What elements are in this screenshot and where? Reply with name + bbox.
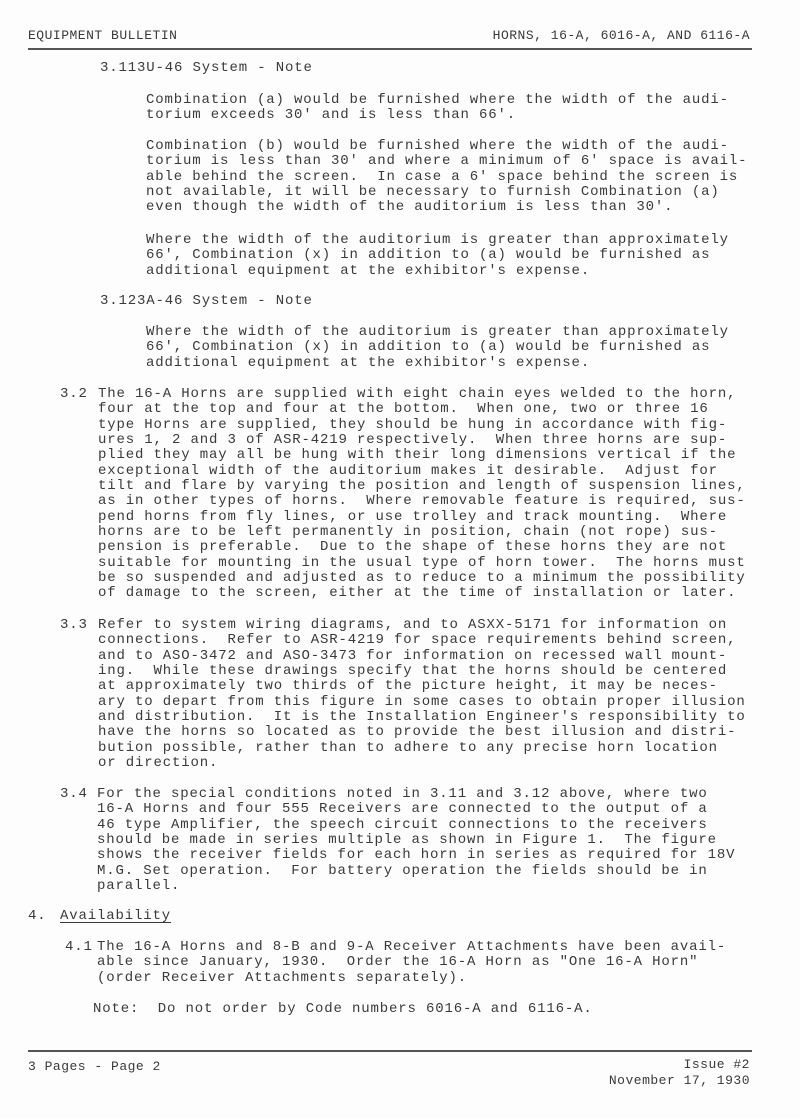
order-note: Note: Do not order by Code numbers 6016-… bbox=[93, 1002, 593, 1017]
section-number-4: 4. bbox=[28, 909, 47, 924]
bulletin-subject: HORNS, 16-A, 6016-A, AND 6116-A bbox=[493, 28, 750, 43]
paragraph-3-4: For the special conditions noted in 3.11… bbox=[97, 787, 735, 894]
bulletin-title: EQUIPMENT BULLETIN bbox=[28, 28, 177, 43]
section-number-3-3: 3.3 bbox=[60, 618, 88, 633]
section-number-3-4: 3.4 bbox=[60, 787, 88, 802]
section-title-3-12: 3A-46 System - Note bbox=[137, 294, 313, 309]
paragraph-3-11-b: Combination (b) would be furnished where… bbox=[146, 139, 747, 216]
paragraph-3-3: Refer to system wiring diagrams, and to … bbox=[98, 618, 746, 771]
page-count: 3 Pages - Page 2 bbox=[28, 1059, 161, 1074]
section-title-availability: Availability bbox=[60, 909, 171, 924]
section-number-3-2: 3.2 bbox=[60, 387, 88, 402]
section-number-3-12: 3.12 bbox=[100, 294, 137, 309]
document-page: EQUIPMENT BULLETIN HORNS, 16-A, 6016-A, … bbox=[0, 0, 800, 1119]
paragraph-3-12: Where the width of the auditorium is gre… bbox=[146, 325, 729, 371]
issue-number: Issue #2 bbox=[684, 1057, 750, 1072]
paragraph-3-11-a: Combination (a) would be furnished where… bbox=[146, 93, 729, 124]
section-number-3-11: 3.11 bbox=[100, 61, 137, 76]
section-title-3-11: 3U-46 System - Note bbox=[137, 61, 313, 76]
header-rule bbox=[28, 48, 752, 50]
paragraph-3-2: The 16-A Horns are supplied with eight c… bbox=[98, 387, 746, 602]
footer-rule bbox=[28, 1050, 752, 1052]
paragraph-3-11-c: Where the width of the auditorium is gre… bbox=[146, 233, 729, 279]
paragraph-4-1: The 16-A Horns and 8-B and 9-A Receiver … bbox=[97, 940, 726, 986]
section-number-4-1: 4.1 bbox=[65, 940, 93, 955]
issue-date: November 17, 1930 bbox=[609, 1073, 750, 1088]
